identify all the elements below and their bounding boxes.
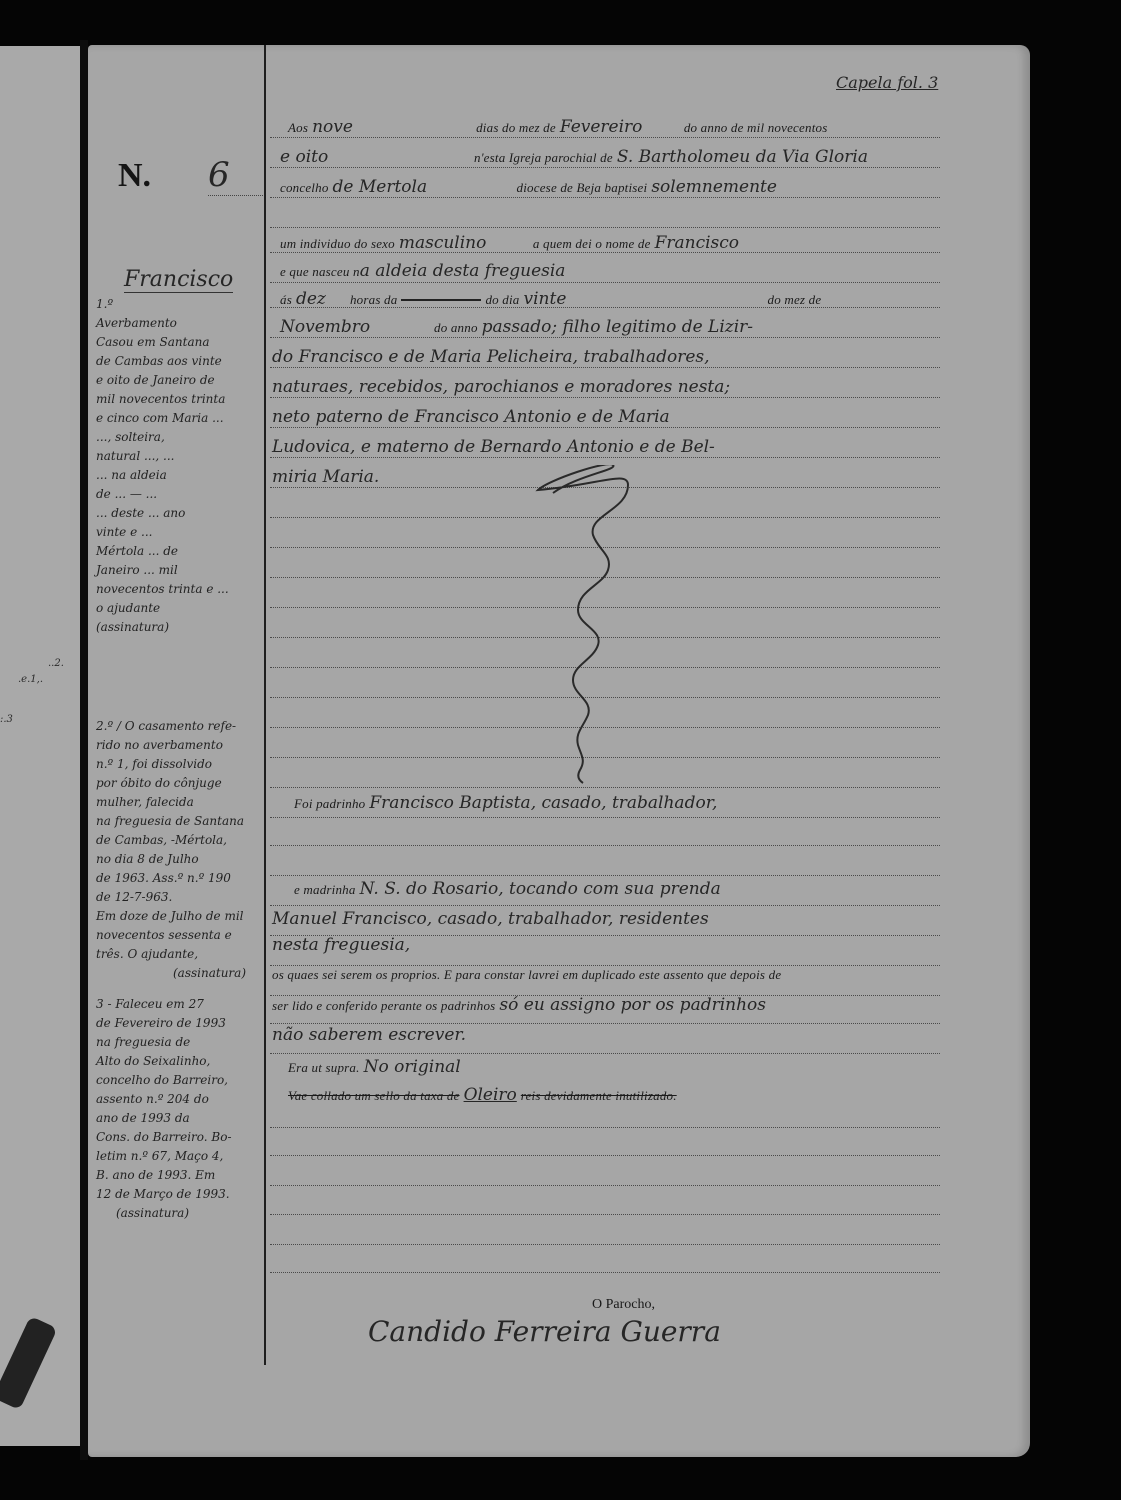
month-field: Fevereiro (560, 117, 680, 137)
parents-line: do Francisco e de Maria Pelicheira, trab… (272, 347, 710, 367)
closing-line-3: não saberem escrever. (272, 1025, 466, 1045)
facing-page-mark: :.3 (0, 714, 13, 725)
parish-field: S. Bartholomeu da Via Gloria (617, 147, 868, 167)
entry-line-6: ás dez horas da do dia vinte do mez de (280, 289, 940, 309)
given-name-field: Francisco (655, 233, 739, 253)
godmother-proxy-line: Manuel Francisco, casado, trabalhador, r… (272, 909, 709, 929)
priest-signature: Candido Ferreira Guerra (368, 1315, 721, 1348)
margin-name: Francisco (124, 267, 233, 293)
signing-note-field: só eu assigno por os padrinhos (499, 995, 766, 1015)
margin-rule (264, 45, 266, 1365)
entry-line-3: concelho de Mertola diocese de Beja bapt… (280, 177, 777, 197)
sex-field: masculino (399, 233, 529, 253)
facing-page-edge: ..2. .e.1,. :.3 (0, 46, 80, 1446)
birth-month-field: Novembro (280, 317, 430, 337)
register-page: Capela fol. 3 N. 6 Francisco 1.º Averbam… (88, 45, 1030, 1457)
godmother-line: e madrinha N. S. do Rosario, tocando com… (294, 879, 721, 899)
entry-line-5: e que nasceu na aldeia desta freguesia (280, 261, 565, 281)
record-number-label: N. (118, 157, 151, 195)
birth-year-parents-field: passado; filho legitimo de Lizir- (482, 317, 753, 337)
original-note: No original (364, 1057, 461, 1077)
baptism-manner-field: solemnemente (651, 177, 777, 197)
margin-annotation-1: 1.º Averbamento Casou em Santana de Camb… (96, 295, 266, 637)
birth-day-field: vinte (524, 289, 764, 309)
facing-page-mark: ..2. (48, 658, 64, 669)
day-field: nove (312, 117, 472, 137)
seal-field: Oleiro (464, 1085, 517, 1105)
godfather-field: Francisco Baptista, casado, trabalhador, (369, 793, 717, 813)
godfather-line: Foi padrinho Francisco Baptista, casado,… (294, 793, 717, 813)
margin-annotation-3: 3 - Faleceu em 27 de Fevereiro de 1993 n… (96, 995, 266, 1223)
paternal-grandparents-line: neto paterno de Francisco Antonio e de M… (272, 407, 670, 427)
county-field: de Mertola (333, 177, 513, 197)
era-line: Era ut supra. No original (288, 1057, 461, 1077)
entry-line-1: Aos nove dias do mez de Fevereiro do ann… (288, 117, 827, 137)
hour-field: dez (296, 289, 346, 309)
entry-line-7: Novembro do anno passado; filho legitimo… (280, 317, 753, 337)
book-gutter (80, 40, 88, 1460)
margin-annotation-2: 2.º / O casamento refe- rido no averbame… (96, 717, 266, 983)
year-field: e oito (280, 147, 470, 167)
parish-priest-label: O Parocho, (592, 1297, 655, 1313)
entry-line-4: um individuo do sexo masculino a quem de… (280, 233, 739, 253)
residence-line: nesta freguesia, (272, 935, 410, 955)
filler-squiggle (518, 465, 638, 785)
closing-line-1: os quaes sei serem os proprios. E para c… (272, 967, 781, 983)
facing-page-mark: .e.1,. (18, 674, 43, 685)
seal-line: Vae collado um sello da taxa de Oleiro r… (288, 1085, 677, 1105)
parents-status-line: naturaes, recebidos, parochianos e morad… (272, 377, 730, 397)
godmother-field: N. S. do Rosario, tocando com sua prenda (360, 879, 721, 899)
birthplace-field: a aldeia desta freguesia (360, 261, 566, 281)
maternal-grandparents-line: Ludovica, e materno de Bernardo Antonio … (272, 437, 715, 457)
folio-note: Capela fol. 3 (836, 73, 938, 92)
record-number: 6 (208, 155, 263, 196)
closing-line-2: ser lido e conferido perante os padrinho… (272, 995, 766, 1015)
grandmother-line: miria Maria. (272, 467, 379, 487)
entry-line-2: e oito n'esta Igreja parochial de S. Bar… (280, 147, 868, 167)
